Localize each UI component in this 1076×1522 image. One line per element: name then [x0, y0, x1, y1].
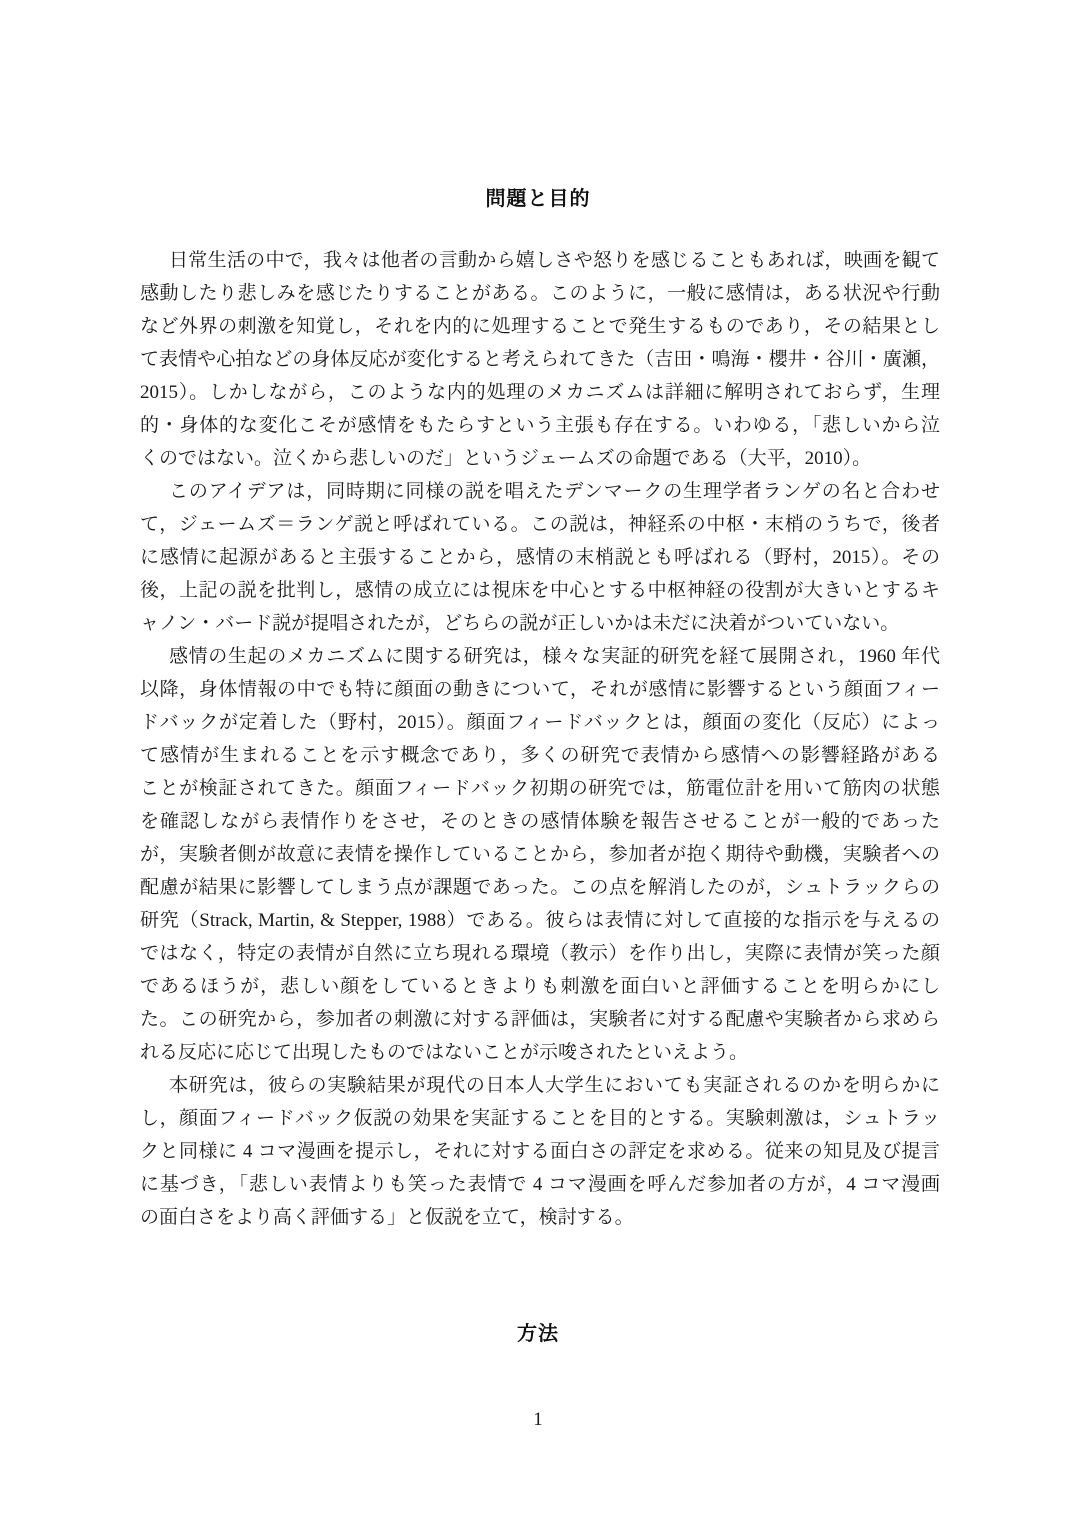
text-line: た。この研究から，参加者の刺激に対する評価は，実験者に対する配慮や実験者から求め… [140, 1003, 940, 1036]
text-line: 感動したり悲しみを感じたりすることがある。このように，一般に感情は，ある状況や行… [140, 277, 940, 310]
text-line: を確認しながら表情作りをさせ，そのときの感情体験を報告させることが一般的であった [140, 805, 940, 838]
text-line: に感情に起源があると主張することから，感情の末梢説とも呼ばれる（野村，2015）… [140, 541, 940, 574]
text-line: ことが検証されてきた。顔面フィードバック初期の研究では，筋電位計を用いて筋肉の状… [140, 772, 940, 805]
body-text: 日常生活の中で，我々は他者の言動から嬉しさや怒りを感じることもあれば，映画を観て… [140, 244, 940, 1234]
text-line: くのではない。泣くから悲しいのだ」というジェームズの命題である（大平，2010）… [140, 442, 940, 475]
text-line: 配慮が結果に影響してしまう点が課題であった。この点を解消したのが，シュトラックら… [140, 871, 940, 904]
document-page: 問題と目的 日常生活の中で，我々は他者の言動から嬉しさや怒りを感じることもあれば… [0, 0, 1076, 1522]
paragraph: 感情の生起のメカニズムに関する研究は，様々な実証的研究を経て展開され，1960 … [140, 640, 940, 1069]
text-line: 感情の生起のメカニズムに関する研究は，様々な実証的研究を経て展開され，1960 … [140, 640, 940, 673]
text-line: 2015）。しかしながら，このような内的処理のメカニズムは詳細に解明されておらず… [140, 376, 940, 409]
text-line: し，顔面フィードバック仮説の効果を実証することを目的とする。実験刺激は，シュトラ… [140, 1102, 940, 1135]
text-line: であるほうが，悲しい顔をしているときよりも刺激を面白いと評価することを明らかにし [140, 970, 940, 1003]
text-line: クと同様に 4 コマ漫画を提示し，それに対する面白さの評定を求める。従来の知見及… [140, 1135, 940, 1168]
text-line: 後，上記の説を批判し，感情の成立には視床を中心とする中枢神経の役割が大きいとする… [140, 574, 940, 607]
text-line: ではなく，特定の表情が自然に立ち現れる環境（教示）を作り出し，実際に表情が笑った… [140, 937, 940, 970]
text-line: このアイデアは，同時期に同様の説を唱えたデンマークの生理学者ランゲの名と合わせ [140, 475, 940, 508]
text-line: て表情や心拍などの身体反応が変化すると考えられてきた（吉田・鳴海・櫻井・谷川・廣… [140, 343, 940, 376]
text-line: 以降，身体情報の中でも特に顔面の動きについて，それが感情に影響するという顔面フィ… [140, 673, 940, 706]
paragraph: 日常生活の中で，我々は他者の言動から嬉しさや怒りを感じることもあれば，映画を観て… [140, 244, 940, 475]
text-line: 的・身体的な変化こそが感情をもたらすという主張も存在する。いわゆる，「悲しいから… [140, 409, 940, 442]
text-line: ャノン・バード説が提唱されたが，どちらの説が正しいかは未だに決着がついていない。 [140, 607, 940, 640]
page-title: 問題と目的 [0, 185, 1076, 213]
text-line: 研究（Strack, Martin, & Stepper, 1988）である。彼… [140, 904, 940, 937]
paragraph: このアイデアは，同時期に同様の説を唱えたデンマークの生理学者ランゲの名と合わせて… [140, 475, 940, 640]
method-heading: 方法 [0, 1320, 1076, 1348]
text-line: 本研究は，彼らの実験結果が現代の日本人大学生においても実証されるのかを明らかに [140, 1069, 940, 1102]
text-line: て感情が生まれることを示す概念であり，多くの研究で表情から感情への影響経路がある [140, 739, 940, 772]
text-line: ドバックが定着した（野村，2015）。顔面フィードバックとは，顔面の変化（反応）… [140, 706, 940, 739]
page-number: 1 [0, 1406, 1076, 1434]
text-line: て，ジェームズ＝ランゲ説と呼ばれている。この説は，神経系の中枢・末梢のうちで，後… [140, 508, 940, 541]
text-line: など外界の刺激を知覚し，それを内的に処理することで発生するものであり，その結果と… [140, 310, 940, 343]
text-line: に基づき，「悲しい表情よりも笑った表情で 4 コマ漫画を呼んだ参加者の方が，4 … [140, 1168, 940, 1201]
text-line: の面白さをより高く評価する」と仮説を立て，検討する。 [140, 1201, 940, 1234]
text-line: 日常生活の中で，我々は他者の言動から嬉しさや怒りを感じることもあれば，映画を観て [140, 244, 940, 277]
text-line: れる反応に応じて出現したものではないことが示唆されたといえよう。 [140, 1036, 940, 1069]
paragraph: 本研究は，彼らの実験結果が現代の日本人大学生においても実証されるのかを明らかにし… [140, 1069, 940, 1234]
text-line: が，実験者側が故意に表情を操作していることから，参加者が抱く期待や動機，実験者へ… [140, 838, 940, 871]
